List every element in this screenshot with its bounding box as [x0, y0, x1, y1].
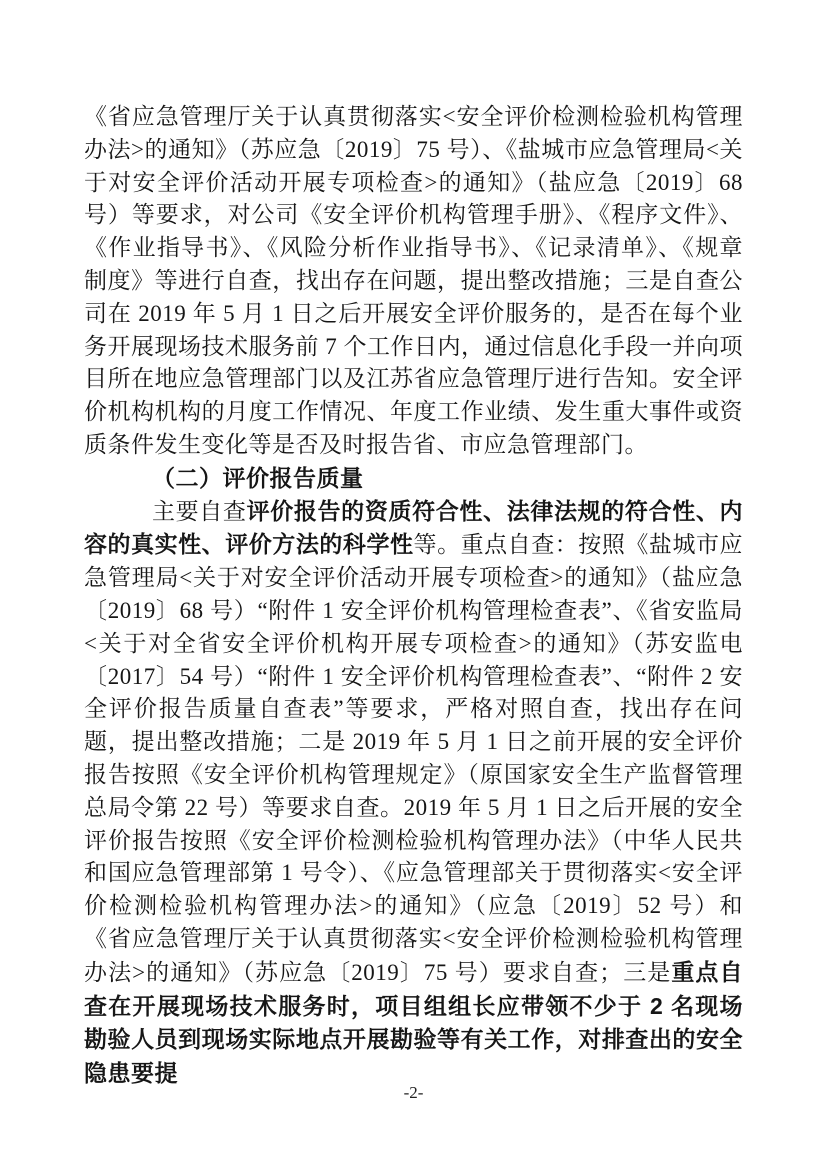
- paragraph: 《省应急管理厅关于认真贯彻落实<安全评价检测检验机构管理办法>的通知》（苏应急〔…: [84, 101, 743, 462]
- text-run: 《省应急管理厅关于认真贯彻落实<安全评价检测检验机构管理办法>的通知》（苏应急〔…: [84, 104, 743, 457]
- text-run: 等。重点自查：按照《盐城市应急管理局<关于对安全评价活动开展专项检查>的通知》（…: [84, 532, 743, 984]
- bold-text-run: （二）评价报告质量: [152, 465, 364, 491]
- document-page: 《省应急管理厅关于认真贯彻落实<安全评价检测检验机构管理办法>的通知》（苏应急〔…: [0, 0, 827, 1170]
- paragraph: 主要自查评价报告的资质符合性、法律法规的符合性、内容的真实性、评价方法的科学性等…: [84, 495, 743, 1091]
- page-number: -2-: [0, 1082, 827, 1104]
- section-heading: （二）评价报告质量: [84, 462, 743, 495]
- document-body: 《省应急管理厅关于认真贯彻落实<安全评价检测检验机构管理办法>的通知》（苏应急〔…: [84, 101, 743, 1091]
- text-run: 主要自查: [152, 499, 247, 524]
